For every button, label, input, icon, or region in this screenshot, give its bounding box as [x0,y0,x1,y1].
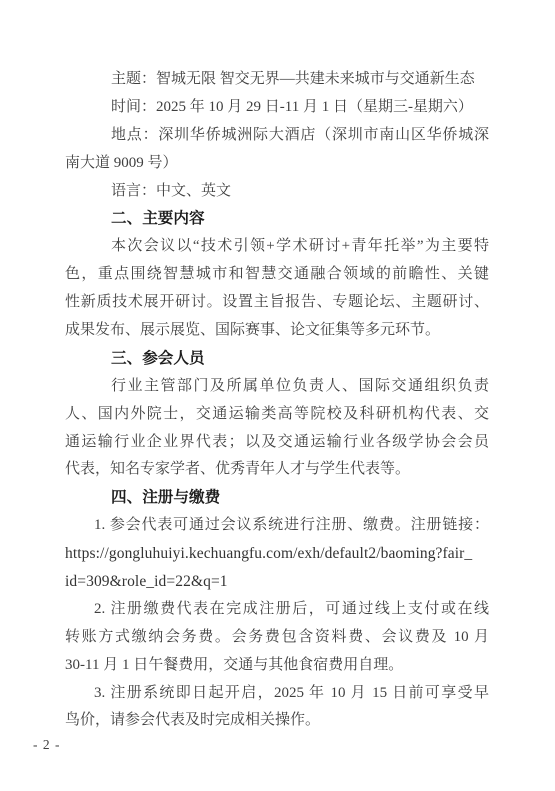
registration-item3-line-2: 鸟价，请参会代表及时完成相关操作。 [65,707,489,735]
page-number: - 2 - [33,736,61,754]
participants-line-2: 人、国内外院士，交通运输类高等院校及科研机构代表、交 [65,401,489,429]
section-heading-registration: 四、注册与缴费 [65,484,489,512]
registration-url-line-1: https://gongluhuiyi.kechuangfu.com/exh/d… [65,540,489,568]
section-heading-participants: 三、参会人员 [65,345,489,373]
participants-line-4: 代表，知名专家学者、优秀青年人才与学生代表等。 [65,456,489,484]
participants-line-3: 通运输行业企业界代表；以及交通运输行业各级学协会会员 [65,429,489,457]
document-body: 主题：智城无限 智交无界—共建未来城市与交通新生态 时间：2025 年 10 月… [65,66,489,735]
main-content-line-2: 色，重点围绕智慧城市和智慧交通融合领域的前瞻性、关键 [65,261,489,289]
registration-item2-line-3: 30-11 月 1 日午餐费用，交通与其他食宿费用自理。 [65,652,489,680]
time-line: 时间：2025 年 10 月 29 日-11 月 1 日（星期三-星期六） [65,94,489,122]
location-line-1: 地点：深圳华侨城洲际大酒店（深圳市南山区华侨城深 [65,122,489,150]
section-heading-main-content: 二、主要内容 [65,205,489,233]
main-content-line-3: 性新质技术展开研讨。设置主旨报告、专题论坛、主题研讨、 [65,289,489,317]
main-content-line-1: 本次会议以“技术引领+学术研讨+青年托举”为主要特 [65,233,489,261]
registration-item1-line-1: 1. 参会代表可通过会议系统进行注册、缴费。注册链接： [65,512,489,540]
registration-item2-line-2: 转账方式缴纳会务费。会务费包含资料费、会议费及 10 月 [65,624,489,652]
document-page: 主题：智城无限 智交无界—共建未来城市与交通新生态 时间：2025 年 10 月… [0,0,555,791]
main-content-line-4: 成果发布、展示展览、国际赛事、论文征集等多元环节。 [65,317,489,345]
participants-line-1: 行业主管部门及所属单位负责人、国际交通组织负责 [65,373,489,401]
registration-url-line-2: id=309&role_id=22&q=1 [65,568,489,596]
registration-item3-line-1: 3. 注册系统即日起开启，2025 年 10 月 15 日前可享受早 [65,680,489,708]
theme-line: 主题：智城无限 智交无界—共建未来城市与交通新生态 [65,66,489,94]
registration-item2-line-1: 2. 注册缴费代表在完成注册后，可通过线上支付或在线 [65,596,489,624]
location-line-2: 南大道 9009 号） [65,150,489,178]
language-line: 语言：中文、英文 [65,178,489,206]
